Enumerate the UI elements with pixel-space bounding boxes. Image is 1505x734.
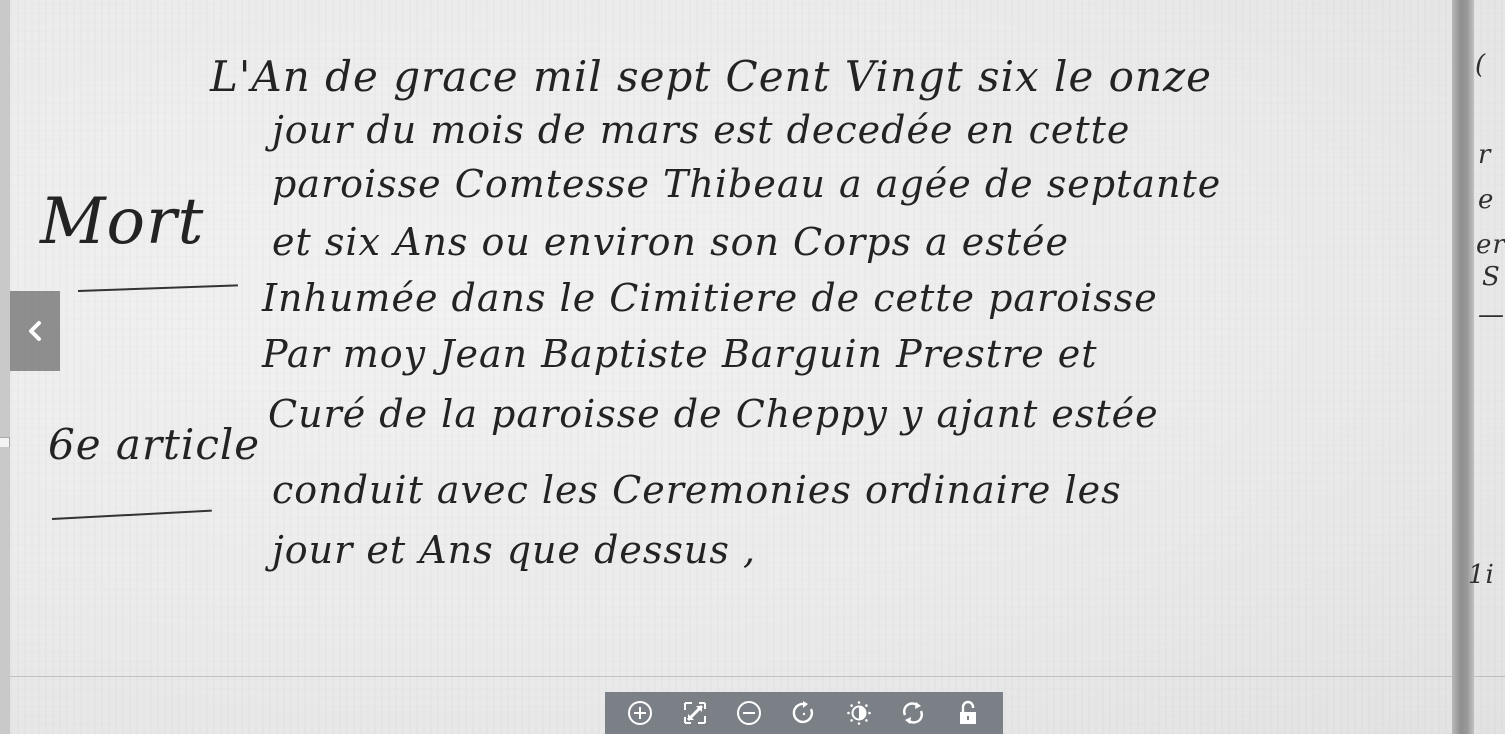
page-gutter <box>1452 0 1474 734</box>
text-line: paroisse Comtesse Thibeau a agée de sept… <box>272 162 1221 206</box>
minus-circle-icon <box>736 700 762 726</box>
right-page-fragment: er <box>1476 230 1505 260</box>
text-line: et six Ans ou environ son Corps a estée <box>272 220 1069 264</box>
text-line: jour et Ans que dessus , <box>272 528 756 572</box>
text-line: Curé de la paroisse de Cheppy y ajant es… <box>268 392 1159 436</box>
right-page-fragment: S <box>1482 262 1501 292</box>
rotate-clockwise-icon <box>791 700 817 726</box>
zoom-out-button[interactable] <box>732 696 766 730</box>
right-page-fragment: e <box>1478 185 1494 215</box>
text-line: L'An de grace mil sept Cent Vingt six le… <box>210 52 1212 101</box>
right-page-fragment: ( <box>1475 50 1486 80</box>
text-line: jour du mois de mars est decedée en cett… <box>272 108 1130 152</box>
right-page-fragment: — <box>1478 300 1505 330</box>
zoom-in-button[interactable] <box>623 696 657 730</box>
unlock-button[interactable] <box>951 696 985 730</box>
unlock-icon <box>955 700 981 726</box>
chevron-left-icon <box>27 320 43 342</box>
text-line: conduit avec les Ceremonies ordinaire le… <box>272 468 1122 512</box>
right-page-fragment: 1i <box>1468 560 1495 590</box>
previous-page-button[interactable] <box>10 291 60 371</box>
text-line: Inhumée dans le Cimitiere de cette paroi… <box>262 276 1158 320</box>
viewer-toolbar <box>605 692 1003 734</box>
left-side-rail <box>0 0 10 734</box>
reset-button[interactable] <box>896 696 930 730</box>
contrast-button[interactable] <box>842 696 876 730</box>
expand-arrows-icon <box>682 700 708 726</box>
contrast-sun-icon <box>846 700 872 726</box>
rail-handle[interactable] <box>0 437 10 447</box>
margin-note-article: 6e article <box>48 420 260 469</box>
text-line: Par moy Jean Baptiste Barguin Prestre et <box>262 332 1098 376</box>
rotate-button[interactable] <box>787 696 821 730</box>
refresh-arrows-icon <box>900 700 926 726</box>
fit-screen-button[interactable] <box>678 696 712 730</box>
right-page-fragment: r <box>1478 140 1491 170</box>
plus-circle-icon <box>627 700 653 726</box>
scan-line <box>10 676 1505 677</box>
image-viewer[interactable]: Mort 6e article L'An de grace mil sept C… <box>10 0 1505 734</box>
margin-note-mort: Mort <box>40 185 204 259</box>
